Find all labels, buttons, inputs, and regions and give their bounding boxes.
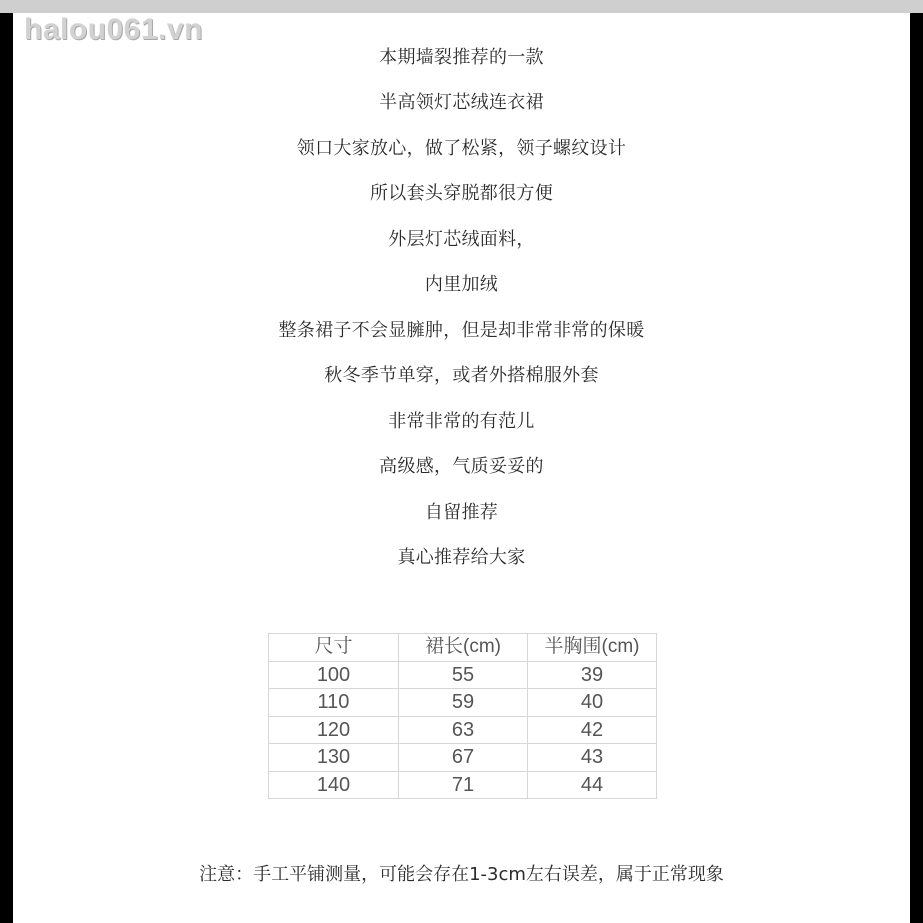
cell-size: 110 bbox=[269, 689, 399, 717]
cell-dress-length: 63 bbox=[399, 716, 528, 744]
table-header-row: 尺寸 裙长(cm) 半胸围(cm) bbox=[269, 634, 657, 662]
description-line: 秋冬季节单穿，或者外搭棉服外套 bbox=[0, 365, 923, 387]
table-row: 140 71 44 bbox=[269, 771, 657, 799]
description-line: 半高领灯芯绒连衣裙 bbox=[0, 92, 923, 114]
table-row: 110 59 40 bbox=[269, 689, 657, 717]
cell-dress-length: 59 bbox=[399, 689, 528, 717]
cell-size: 130 bbox=[269, 744, 399, 772]
description-line: 外层灯芯绒面料， bbox=[0, 229, 923, 251]
cell-half-chest: 40 bbox=[528, 689, 657, 717]
cell-half-chest: 43 bbox=[528, 744, 657, 772]
cell-size: 120 bbox=[269, 716, 399, 744]
cell-half-chest: 39 bbox=[528, 661, 657, 689]
cell-dress-length: 67 bbox=[399, 744, 528, 772]
table-row: 120 63 42 bbox=[269, 716, 657, 744]
watermark-text: halou061.vn bbox=[24, 15, 203, 45]
cell-size: 140 bbox=[269, 771, 399, 799]
description-line: 非常非常的有范儿 bbox=[0, 411, 923, 433]
cell-dress-length: 55 bbox=[399, 661, 528, 689]
cell-half-chest: 44 bbox=[528, 771, 657, 799]
description-line: 整条裙子不会显臃肿，但是却非常非常的保暖 bbox=[0, 320, 923, 342]
table-row: 130 67 43 bbox=[269, 744, 657, 772]
description-line: 自留推荐 bbox=[0, 502, 923, 524]
size-chart-table: 尺寸 裙长(cm) 半胸围(cm) 100 55 39 110 59 40 12… bbox=[268, 633, 657, 799]
table-row: 100 55 39 bbox=[269, 661, 657, 689]
cell-dress-length: 71 bbox=[399, 771, 528, 799]
description-line: 真心推荐给大家 bbox=[0, 547, 923, 569]
header-half-chest: 半胸围(cm) bbox=[528, 634, 657, 662]
description-line: 领口大家放心，做了松紧，领子螺纹设计 bbox=[0, 138, 923, 160]
description-line: 所以套头穿脱都很方便 bbox=[0, 183, 923, 205]
header-dress-length: 裙长(cm) bbox=[399, 634, 528, 662]
header-size: 尺寸 bbox=[269, 634, 399, 662]
measurement-note: 注意：手工平铺测量，可能会存在1-3cm左右误差，属于正常现象 bbox=[0, 864, 923, 886]
description-line: 本期墙裂推荐的一款 bbox=[0, 47, 923, 69]
description-line: 内里加绒 bbox=[0, 274, 923, 296]
top-gray-bar bbox=[0, 0, 923, 13]
cell-size: 100 bbox=[269, 661, 399, 689]
cell-half-chest: 42 bbox=[528, 716, 657, 744]
description-line: 高级感，气质妥妥的 bbox=[0, 456, 923, 478]
